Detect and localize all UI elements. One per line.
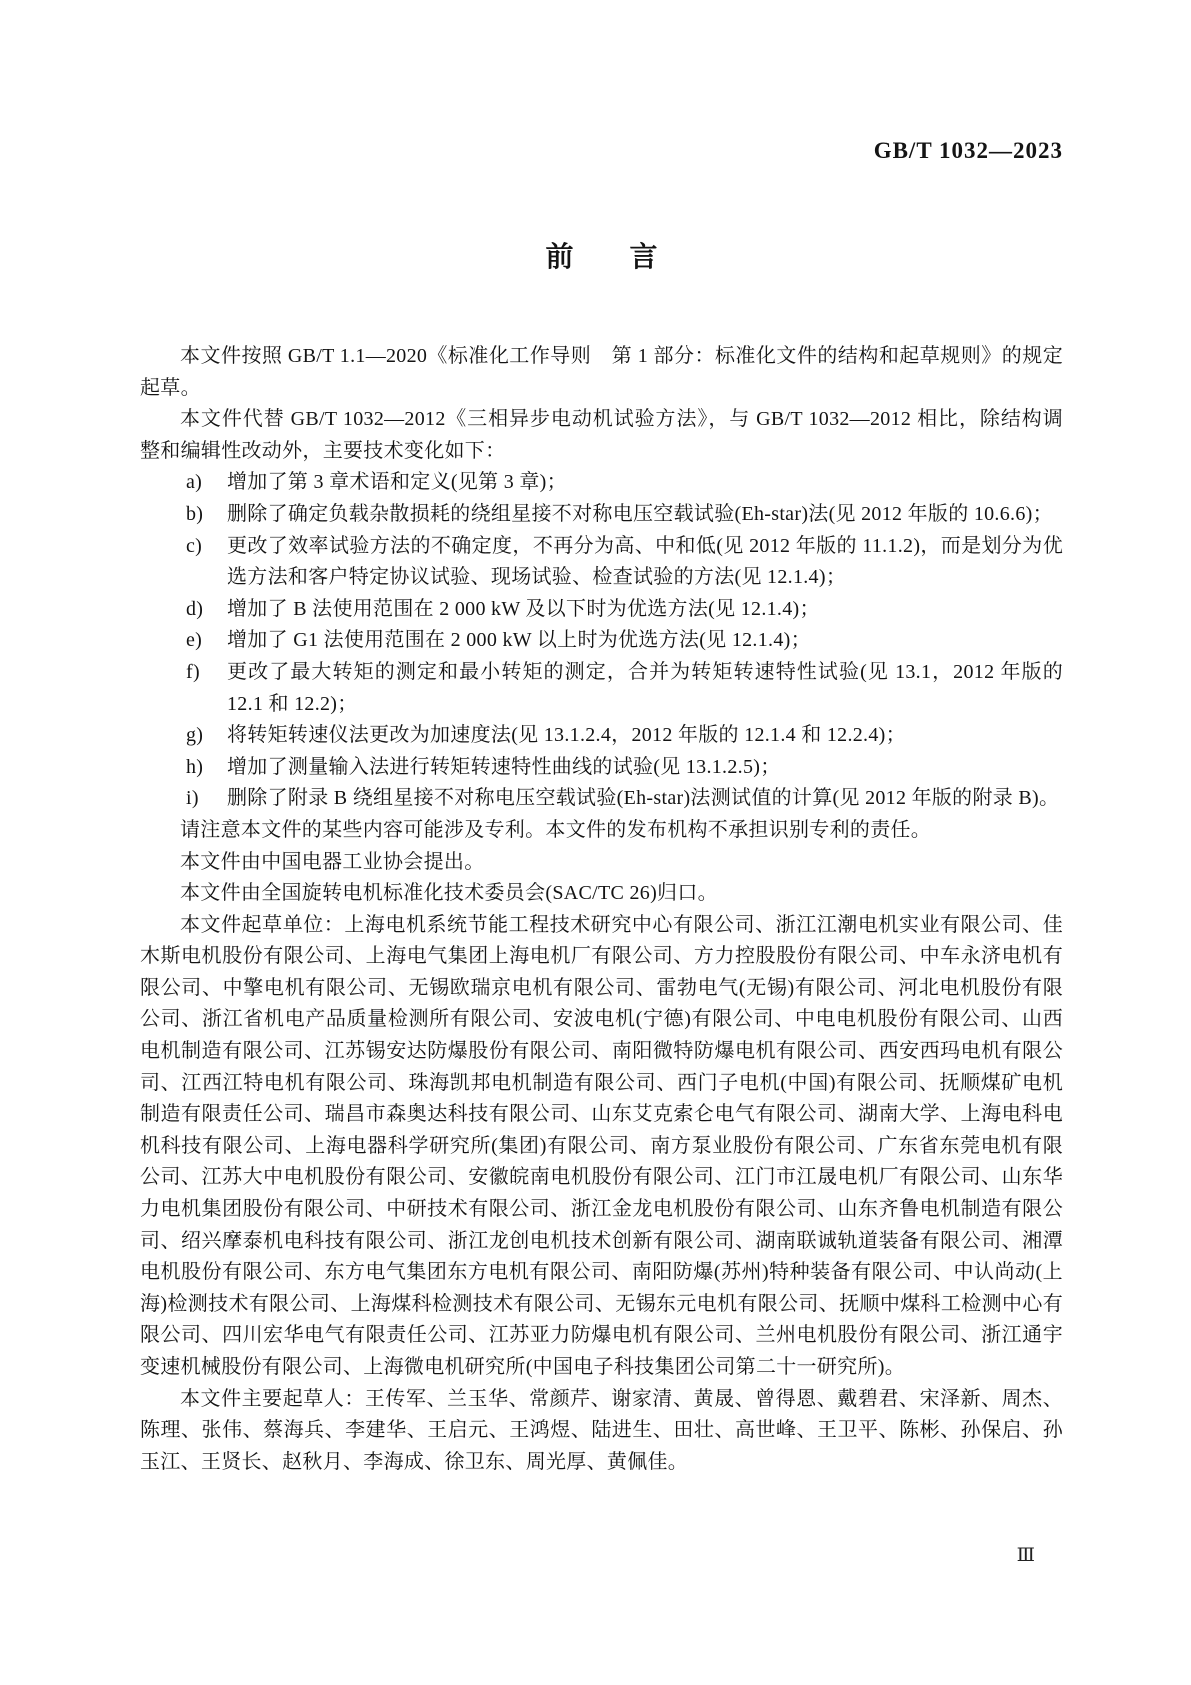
list-item-label: g) [186, 720, 227, 752]
list-item-text: 增加了第 3 章术语和定义(见第 3 章)； [227, 467, 1063, 499]
list-item-e: e) 增加了 G1 法使用范围在 2 000 kW 以上时为优选方法(见 12.… [140, 625, 1063, 657]
list-item-text: 增加了 B 法使用范围在 2 000 kW 及以下时为优选方法(见 12.1.4… [227, 594, 1063, 626]
list-item-label: a) [186, 467, 227, 499]
list-item-c: c) 更改了效率试验方法的不确定度，不再分为高、中和低(见 2012 年版的 1… [140, 531, 1063, 594]
list-item-text: 将转矩转速仪法更改为加速度法(见 13.1.2.4，2012 年版的 12.1.… [227, 720, 1063, 752]
page-number: Ⅲ [1017, 1544, 1035, 1567]
list-item-label: h) [186, 752, 227, 784]
document-page: GB/T 1032—2023 前 言 本文件按照 GB/T 1.1—2020《标… [0, 0, 1191, 1685]
list-item-f: f) 更改了最大转矩的测定和最小转矩的测定，合并为转矩转速特性试验(见 13.1… [140, 657, 1063, 720]
paragraph-centralized-by: 本文件由全国旋转电机标准化技术委员会(SAC/TC 26)归口。 [140, 878, 1063, 910]
paragraph-replacement-note: 本文件代替 GB/T 1032—2012《三相异步电动机试验方法》，与 GB/T… [140, 404, 1063, 467]
list-item-b: b) 删除了确定负载杂散损耗的绕组星接不对称电压空载试验(Eh-star)法(见… [140, 499, 1063, 531]
paragraph-main-drafters: 本文件主要起草人：王传军、兰玉华、常颜芹、谢家清、黄晟、曾得恩、戴碧君、宋泽新、… [140, 1384, 1063, 1479]
list-item-text: 删除了附录 B 绕组星接不对称电压空载试验(Eh-star)法测试值的计算(见 … [227, 783, 1063, 815]
foreword-body: 本文件按照 GB/T 1.1—2020《标准化工作导则 第 1 部分：标准化文件… [140, 341, 1063, 1478]
list-item-text: 增加了 G1 法使用范围在 2 000 kW 以上时为优选方法(见 12.1.4… [227, 625, 1063, 657]
list-item-d: d) 增加了 B 法使用范围在 2 000 kW 及以下时为优选方法(见 12.… [140, 594, 1063, 626]
list-item-label: e) [186, 625, 227, 657]
paragraph-drafting-organizations: 本文件起草单位：上海电机系统节能工程技术研究中心有限公司、浙江江潮电机实业有限公… [140, 910, 1063, 1384]
list-item-text: 更改了最大转矩的测定和最小转矩的测定，合并为转矩转速特性试验(见 13.1，20… [227, 657, 1063, 720]
list-item-label: f) [186, 657, 227, 720]
standard-code: GB/T 1032—2023 [874, 138, 1063, 164]
paragraph-patent-notice: 请注意本文件的某些内容可能涉及专利。本文件的发布机构不承担识别专利的责任。 [140, 815, 1063, 847]
list-item-text: 更改了效率试验方法的不确定度，不再分为高、中和低(见 2012 年版的 11.1… [227, 531, 1063, 594]
list-item-i: i) 删除了附录 B 绕组星接不对称电压空载试验(Eh-star)法测试值的计算… [140, 783, 1063, 815]
list-item-text: 增加了测量输入法进行转矩转速特性曲线的试验(见 13.1.2.5)； [227, 752, 1063, 784]
list-item-label: c) [186, 531, 227, 594]
list-item-label: i) [186, 783, 227, 815]
list-item-label: b) [186, 499, 227, 531]
paragraph-proposed-by: 本文件由中国电器工业协会提出。 [140, 847, 1063, 879]
list-item-a: a) 增加了第 3 章术语和定义(见第 3 章)； [140, 467, 1063, 499]
list-item-label: d) [186, 594, 227, 626]
list-item-h: h) 增加了测量输入法进行转矩转速特性曲线的试验(见 13.1.2.5)； [140, 752, 1063, 784]
page-title: 前 言 [140, 240, 1063, 274]
paragraph-drafting-basis: 本文件按照 GB/T 1.1—2020《标准化工作导则 第 1 部分：标准化文件… [140, 341, 1063, 404]
list-item-text: 删除了确定负载杂散损耗的绕组星接不对称电压空载试验(Eh-star)法(见 20… [227, 499, 1063, 531]
list-item-g: g) 将转矩转速仪法更改为加速度法(见 13.1.2.4，2012 年版的 12… [140, 720, 1063, 752]
